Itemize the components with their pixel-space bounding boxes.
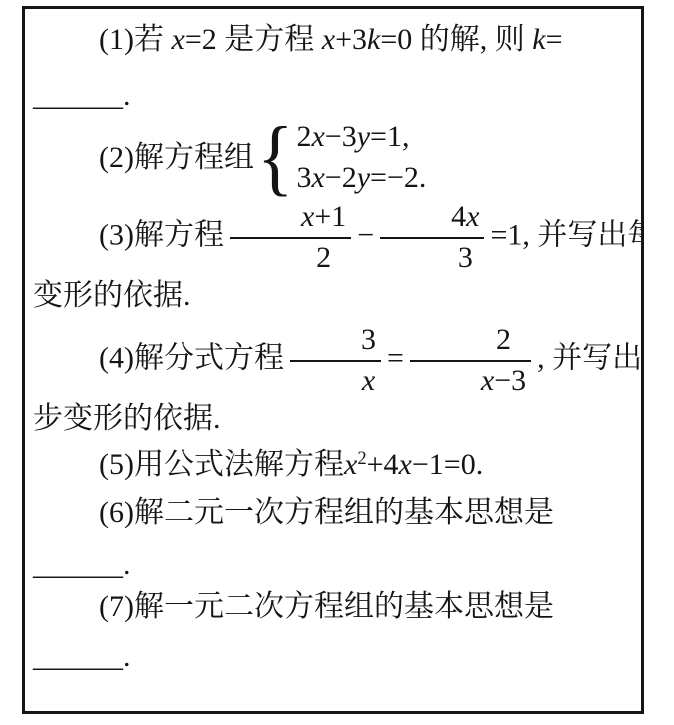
math-run: −1=0.: [412, 448, 483, 481]
math-run: =0 的解, 则: [380, 23, 532, 56]
equation-2: 3x−2y=−2.: [296, 158, 426, 199]
math-run: =2 是方程: [185, 23, 322, 56]
math-var: x: [322, 23, 335, 56]
text-run: (7)解一元二次方程组的基本思想是: [99, 590, 554, 623]
math-run: =−2.: [370, 161, 426, 194]
problem-1-line: (1)若 x=2 是方程 x+3k=0 的解, 则 k=: [33, 19, 633, 61]
fraction-numerator: 3: [290, 323, 381, 360]
equals-sign: =: [387, 341, 404, 374]
math-run: =1,: [370, 120, 409, 153]
minus-sign: −: [357, 218, 374, 251]
math-var: x: [311, 161, 324, 194]
text-run: (2)解方程组: [99, 137, 254, 179]
text-run: (3)解方程: [99, 218, 224, 251]
problem-2-line: (2)解方程组 { 2x−3y=1, 3x−2y=−2.: [33, 117, 633, 198]
math-run: −2: [325, 161, 357, 194]
math-var: x: [301, 200, 314, 233]
math-run: +4: [367, 448, 399, 481]
text-run: (5)用公式法解方程: [99, 448, 344, 481]
math-var: y: [357, 120, 370, 153]
problem-7-line: (7)解一元二次方程组的基本思想是: [33, 586, 633, 628]
fraction-numerator: 4x: [380, 200, 484, 237]
math-var: x: [466, 200, 479, 233]
math-run: −3: [494, 364, 526, 397]
math-run: +1: [314, 200, 346, 233]
blank-line: ______.: [33, 548, 131, 581]
exponent: 2: [357, 448, 366, 469]
problem-3-line: (3)解方程x+12−4x3=1, 并写出每一步: [33, 200, 633, 275]
math-run: −3: [325, 120, 357, 153]
fraction: 3x: [290, 323, 381, 398]
math-var: x: [311, 120, 324, 153]
math-var: x: [399, 448, 412, 481]
blank-line: ______.: [33, 79, 131, 112]
equation-system: 2x−3y=1, 3x−2y=−2.: [296, 117, 426, 198]
problem-6-answer-blank: ______.: [33, 544, 633, 586]
fraction-denominator: 3: [380, 237, 484, 276]
math-run: =: [546, 23, 563, 56]
fraction-denominator: x: [290, 360, 381, 399]
text-run: (4)解分式方程: [99, 341, 284, 374]
math-var: x: [481, 364, 494, 397]
text-run: , 并写出每一: [537, 341, 644, 374]
text-run: 变形的依据.: [33, 279, 191, 312]
fraction: 2x−3: [410, 323, 531, 398]
text-run: =1, 并写出每一步: [490, 218, 644, 251]
math-var: x: [171, 23, 184, 56]
fraction-numerator: x+1: [230, 200, 351, 237]
math-run: 3: [296, 161, 311, 194]
problem-4-continuation: 步变形的依据.: [33, 398, 633, 440]
problem-5-line: (5)用公式法解方程x2+4x−1=0.: [33, 444, 633, 486]
text-run: 步变形的依据.: [33, 402, 221, 435]
blank-line: ______.: [33, 640, 131, 673]
problem-7-answer-blank: ______.: [33, 636, 633, 678]
text-run: (6)解二元一次方程组的基本思想是: [99, 496, 554, 529]
math-var: x: [344, 448, 357, 481]
math-var: y: [357, 161, 370, 194]
fraction: x+12: [230, 200, 351, 275]
fraction-numerator: 2: [410, 323, 531, 360]
fraction: 4x3: [380, 200, 484, 275]
problem-3-continuation: 变形的依据.: [33, 275, 633, 317]
problem-6-line: (6)解二元一次方程组的基本思想是: [33, 492, 633, 534]
text-run: (1)若: [99, 23, 171, 56]
left-brace: {: [257, 119, 293, 196]
fraction-denominator: x−3: [410, 360, 531, 399]
fraction-denominator: 2: [230, 237, 351, 276]
math-run: +3: [335, 23, 367, 56]
problem-1-answer-blank: ______.: [33, 75, 633, 117]
content-frame: (1)若 x=2 是方程 x+3k=0 的解, 则 k= ______. (2)…: [22, 6, 644, 714]
math-var: k: [532, 23, 545, 56]
math-run: 4: [451, 200, 466, 233]
math-var: k: [367, 23, 380, 56]
math-run: 2: [296, 120, 311, 153]
problem-4-line: (4)解分式方程3x=2x−3, 并写出每一: [33, 323, 633, 398]
equation-1: 2x−3y=1,: [296, 117, 426, 158]
